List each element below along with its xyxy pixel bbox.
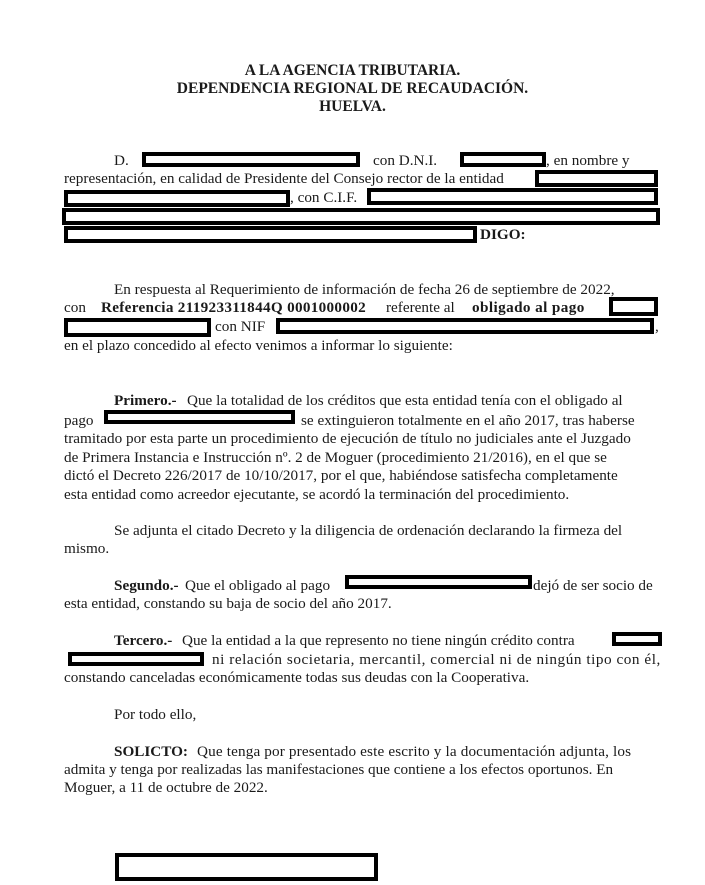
dni-label: con D.N.I. — [373, 152, 437, 170]
solicto-line-3: Moguer, a 11 de octubre de 2022. — [64, 779, 268, 797]
response-line-4: en el plazo concedido al efecto venimos … — [64, 337, 453, 355]
digo-label: DIGO: — [480, 226, 526, 244]
primero-line-4: de Primera Instancia e Instrucción nº. 2… — [64, 449, 607, 467]
adjunta-line-1: Se adjunta el citado Decreto y la dilige… — [114, 522, 622, 540]
primero-line-6: esta entidad como acreedor ejecutante, s… — [64, 486, 569, 504]
tercero-line-2: ni relación societaria, mercantil, comer… — [212, 651, 661, 669]
segundo-line-1-rest: dejó de ser socio de — [533, 577, 653, 595]
redacted-name — [142, 152, 360, 167]
adjunta-line-2: mismo. — [64, 540, 109, 558]
segundo-label: Segundo.- — [114, 577, 179, 595]
solicto-label: SOLICTO: — [114, 743, 188, 761]
cif-label: , con C.I.F. — [290, 189, 357, 207]
addressee-line-1: A LA AGENCIA TRIBUTARIA. — [0, 62, 705, 80]
redacted-segundo — [345, 575, 532, 589]
solicto-line-2: admita y tenga por realizadas las manife… — [64, 761, 613, 779]
addressee-line-3: HUELVA. — [0, 98, 705, 116]
solicto-line-1: Que tenga por presentado este escrito y … — [197, 743, 631, 761]
redacted-address-cont — [64, 226, 477, 243]
segundo-line-2: esta entidad, constando su baja de socio… — [64, 595, 392, 613]
tercero-line-1: Que la entidad a la que represento no ti… — [182, 632, 575, 650]
primero-line-3: tramitado por esta parte un procedimient… — [64, 430, 631, 448]
after-dni-text: , en nombre y — [546, 152, 658, 170]
primero-line-5: dictó el Decreto 226/2017 de 10/10/2017,… — [64, 467, 618, 485]
segundo-line-1: Que el obligado al pago — [185, 577, 330, 595]
redacted-address — [62, 208, 660, 225]
redacted-tercero — [612, 632, 662, 646]
primero-line-2: se extinguieron totalmente en el año 201… — [301, 412, 635, 430]
after-dni: , en nombre y — [546, 152, 630, 170]
nif-label: con NIF — [215, 318, 265, 336]
obligado-label: obligado al pago — [472, 299, 585, 317]
d-label: D. — [114, 152, 129, 170]
tercero-label: Tercero.- — [114, 632, 172, 650]
redacted-obligado-cont — [64, 318, 211, 337]
con-text: con — [64, 299, 86, 317]
redacted-cif — [367, 188, 658, 205]
primero-label: Primero.- — [114, 392, 177, 410]
redacted-pago — [104, 410, 295, 424]
redacted-dni — [460, 152, 546, 167]
intro-line-2: representación, en calidad de Presidente… — [64, 170, 504, 188]
response-line-1: En respuesta al Requerimiento de informa… — [114, 281, 615, 299]
nif-comma: , — [655, 318, 659, 336]
referencia: Referencia 211923311844Q 0001000002 — [101, 299, 366, 317]
redacted-entity-cont — [64, 190, 290, 207]
redacted-entity — [535, 170, 658, 187]
redacted-nif — [276, 318, 654, 334]
redacted-obligado — [609, 297, 658, 316]
redacted-tercero-cont — [68, 652, 204, 666]
tercero-line-3: constando canceladas económicamente toda… — [64, 669, 529, 687]
pago-text: pago — [64, 412, 94, 430]
primero-line-1: Que la totalidad de los créditos que est… — [187, 392, 623, 410]
redacted-signature — [115, 853, 378, 881]
referente-text: referente al — [386, 299, 455, 317]
addressee-line-2: DEPENDENCIA REGIONAL DE RECAUDACIÓN. — [0, 80, 705, 98]
por-todo-ello: Por todo ello, — [114, 706, 196, 724]
